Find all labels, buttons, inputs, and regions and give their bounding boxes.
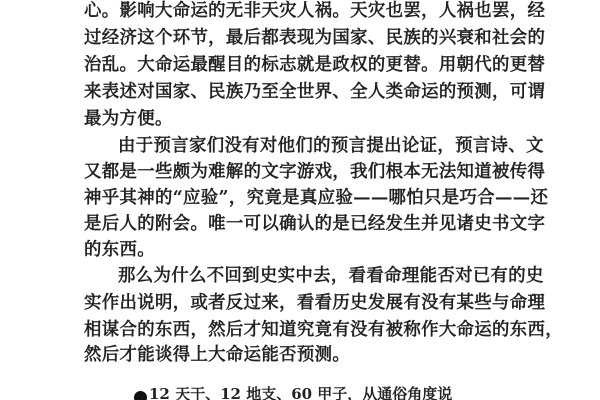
text-line-9: 是后人的附会。唯一可以确认的是已经发生并见诸史书文字 <box>84 211 545 237</box>
text-line-13: 相谋合的东西，然后才知道究竟有没有被称作大命运的东西， <box>84 317 563 343</box>
text-line-4: 来表述对国家、民族乃至全世界、全人类命运的预测，可谓 <box>84 79 545 105</box>
text-line-2: 过经济这个环节，最后都表现为国家、民族的兴衰和社会的 <box>84 25 545 51</box>
text-line-8: 神乎其神的“应验”，究竟是真应验——哪怕只是巧合——还 <box>84 185 548 211</box>
footnote-text: 12 天干、12 地支、60 甲子，从通俗角度说 <box>149 384 452 400</box>
text-line-10: 的东西。 <box>84 237 155 263</box>
text-line-3: 治乱。大命运最醒目的标志就是政权的更替。用朝代的更替 <box>84 52 545 78</box>
text-line-1: 心。影响大命运的无非天灾人祸。天灾也罢，人祸也罢，经 <box>84 0 545 24</box>
paragraph-2-start: 由于预言家们没有对他们的预言提出论证，预言诗、文 <box>118 133 544 159</box>
paragraph-3-start: 那么为什么不回到史实中去，看看命理能否对已有的史 <box>118 263 544 289</box>
filled-circle-bullet-icon <box>134 391 147 400</box>
text-line-5: 最为方便。 <box>84 106 173 132</box>
text-line-7: 又都是一些颇为难解的文字游戏，我们根本无法知道被传得 <box>84 159 545 185</box>
section-footnote: 12 天干、12 地支、60 甲子，从通俗角度说 <box>134 384 452 400</box>
text-line-14: 然后才能谈得上大命运能否预测。 <box>84 342 350 368</box>
text-line-12: 实作出说明，或者反过来，看看历史发展有没有某些与命理 <box>84 290 545 316</box>
